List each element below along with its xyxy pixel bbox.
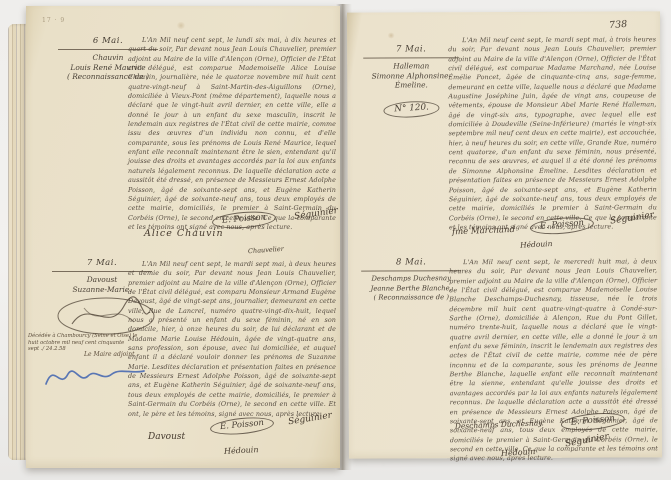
act-entry-deschamps: 8 Mai. Deschamps Duchesnay Jeanne Berthe…	[347, 11, 660, 12]
pencil-mark: 17 · 9	[42, 17, 65, 24]
act-entry-halleman: 7 Mai. Halleman Simonne Alphonsine- Émel…	[347, 11, 660, 12]
signature-declarant: Davoust	[148, 432, 185, 442]
act-body: L'An Mil neuf cent sept, le mercredi hui…	[449, 257, 658, 463]
foxing-spot	[176, 22, 186, 29]
act-body: L'An Mil neuf cent sept, le mardi sept m…	[448, 35, 657, 232]
left-page: 17 · 9 6 Mai. Chauvin Louis René Maurice…	[26, 6, 340, 468]
foxing-spot	[387, 32, 395, 38]
signature-witness1: E. Poisson	[530, 216, 595, 235]
signature-witness1: E. Poisson	[210, 416, 275, 435]
margin-rule	[361, 270, 461, 271]
act-number: N° 120.	[383, 100, 440, 119]
register-scan: 17 · 9 6 Mai. Chauvin Louis René Maurice…	[0, 0, 671, 480]
signature-declarant: fme Marchand	[452, 225, 515, 237]
act-body: L'An Mil neuf cent sept, le lundi six ma…	[128, 36, 336, 232]
signature-declarant: Alice Chauvin	[144, 228, 224, 239]
signature-witness1: E. Poisson	[212, 211, 277, 229]
signature-officer: Hédouin	[224, 445, 259, 456]
signature-officer: Chauvelier	[248, 245, 284, 255]
act-body: L'An Mil neuf cent sept, le mardi sept m…	[128, 260, 336, 419]
signature-officer: Hédouin	[520, 239, 553, 250]
right-page: 738 7 Mai. Halleman Simonne Alphonsine- …	[347, 11, 662, 458]
death-note-role: Le Maire adjoint	[84, 351, 135, 358]
margin-rule	[363, 57, 459, 58]
page-number: 738	[609, 19, 628, 31]
